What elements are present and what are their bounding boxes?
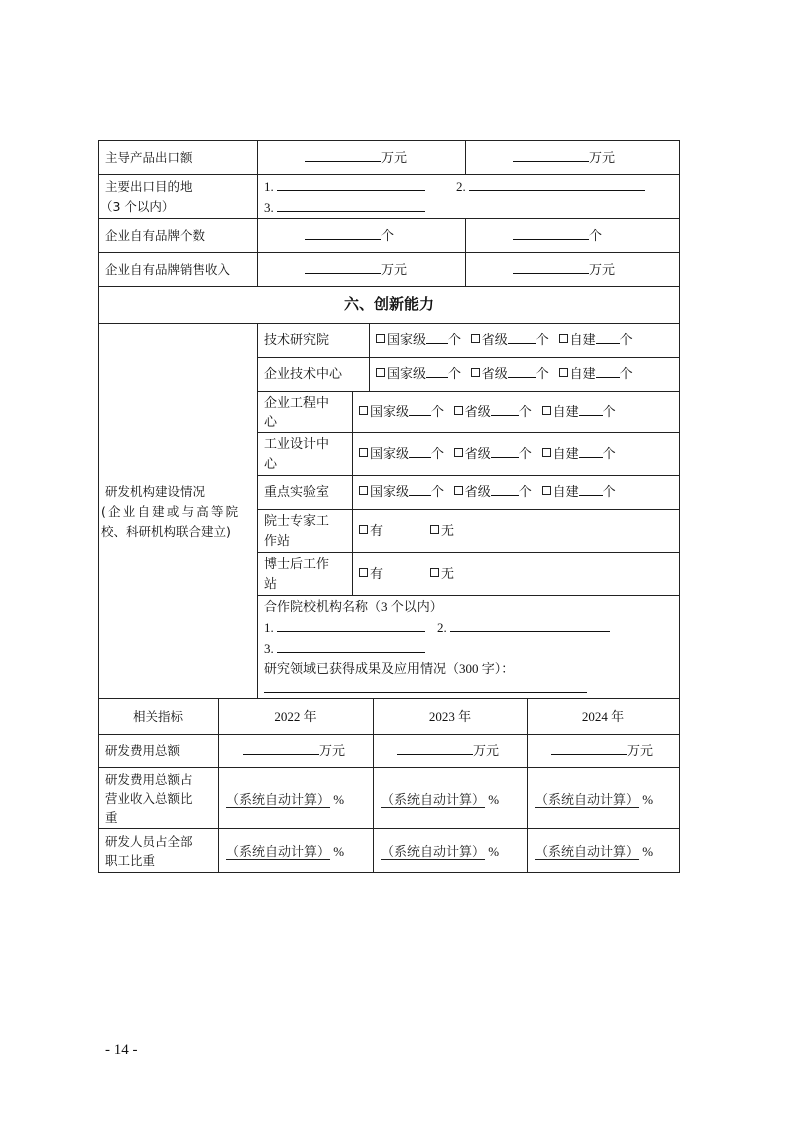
partners-title: 合作院校机构名称（3 个以内） bbox=[264, 597, 443, 616]
rd-expense-2022[interactable]: 万元 bbox=[243, 741, 345, 760]
checkbox-self-built[interactable] bbox=[542, 448, 551, 457]
yes-option[interactable]: 有 bbox=[359, 521, 383, 540]
checkbox-yes[interactable] bbox=[359, 525, 368, 534]
brand-revenue-field-1[interactable]: 万元 bbox=[305, 260, 407, 279]
institution-name: 企业技术中心 bbox=[264, 364, 342, 383]
checkbox-national[interactable] bbox=[359, 448, 368, 457]
rd-staff-2024: （系统自动计算） % bbox=[535, 842, 653, 861]
brand-count-field-1[interactable]: 个 bbox=[305, 226, 394, 245]
institution-options[interactable]: 国家级个 省级个 自建个 bbox=[359, 444, 616, 463]
label-export-destination: 主要出口目的地 bbox=[105, 177, 193, 196]
institution-name: 院士专家工 bbox=[264, 511, 329, 530]
export-amount-field-2[interactable]: 万元 bbox=[513, 148, 615, 167]
checkbox-national[interactable] bbox=[359, 406, 368, 415]
label-export-destination-note: （3 个以内） bbox=[100, 197, 174, 216]
rd-staff-2022: （系统自动计算） % bbox=[226, 842, 344, 861]
institution-name: 重点实验室 bbox=[264, 482, 329, 501]
indicators-header-label: 相关指标 bbox=[98, 707, 218, 726]
checkbox-national[interactable] bbox=[359, 486, 368, 495]
checkbox-no[interactable] bbox=[430, 525, 439, 534]
indicator-label-rd-staff: 研发人员占全部 bbox=[105, 832, 193, 851]
partner-field-2[interactable]: 2. bbox=[437, 618, 610, 637]
checkbox-provincial[interactable] bbox=[454, 486, 463, 495]
no-option[interactable]: 无 bbox=[430, 564, 454, 583]
page-number: - 14 - bbox=[105, 1041, 138, 1060]
rd-expense-2024[interactable]: 万元 bbox=[551, 741, 653, 760]
rd-ratio-2024: （系统自动计算） % bbox=[535, 790, 653, 809]
table-border bbox=[98, 872, 680, 873]
rd-group-label: 研发机构建设情况 bbox=[105, 482, 205, 501]
results-field[interactable] bbox=[264, 692, 587, 693]
table-border bbox=[98, 140, 99, 873]
institution-options[interactable]: 国家级个 省级个 自建个 bbox=[376, 364, 633, 383]
institution-options[interactable]: 国家级个 省级个 自建个 bbox=[359, 402, 616, 421]
partner-field-3[interactable]: 3. bbox=[264, 639, 425, 658]
institution-name: 企业工程中 bbox=[264, 393, 329, 412]
destination-field-1[interactable]: 1. bbox=[264, 177, 425, 196]
brand-count-field-2[interactable]: 个 bbox=[513, 226, 602, 245]
year-header-2024: 2024 年 bbox=[527, 707, 679, 726]
yes-option[interactable]: 有 bbox=[359, 564, 383, 583]
year-header-2022: 2022 年 bbox=[218, 707, 373, 726]
label-export-amount: 主导产品出口额 bbox=[105, 148, 193, 167]
checkbox-national[interactable] bbox=[376, 334, 385, 343]
year-header-2023: 2023 年 bbox=[373, 707, 527, 726]
institution-options[interactable]: 国家级个 省级个 自建个 bbox=[359, 482, 616, 501]
table-border bbox=[679, 140, 680, 873]
rd-ratio-2022: （系统自动计算） % bbox=[226, 790, 344, 809]
checkbox-self-built[interactable] bbox=[559, 334, 568, 343]
institution-name: 博士后工作 bbox=[264, 554, 329, 573]
brand-revenue-field-2[interactable]: 万元 bbox=[513, 260, 615, 279]
checkbox-provincial[interactable] bbox=[471, 334, 480, 343]
results-label: 研究领域已获得成果及应用情况（300 字）： bbox=[264, 659, 514, 678]
export-amount-field-1[interactable]: 万元 bbox=[305, 148, 407, 167]
section-title: 六、创新能力 bbox=[98, 295, 680, 314]
checkbox-provincial[interactable] bbox=[454, 406, 463, 415]
checkbox-yes[interactable] bbox=[359, 568, 368, 577]
checkbox-self-built[interactable] bbox=[542, 486, 551, 495]
checkbox-self-built[interactable] bbox=[559, 368, 568, 377]
destination-field-3[interactable]: 3. bbox=[264, 198, 425, 217]
label-brand-revenue: 企业自有品牌销售收入 bbox=[105, 260, 230, 279]
checkbox-provincial[interactable] bbox=[454, 448, 463, 457]
indicator-label-rd-expense: 研发费用总额 bbox=[105, 741, 180, 760]
checkbox-national[interactable] bbox=[376, 368, 385, 377]
label-brand-count: 企业自有品牌个数 bbox=[105, 226, 205, 245]
destination-field-2[interactable]: 2. bbox=[456, 177, 645, 196]
institution-options[interactable]: 国家级个 省级个 自建个 bbox=[376, 330, 633, 349]
rd-expense-2023[interactable]: 万元 bbox=[397, 741, 499, 760]
institution-name: 技术研究院 bbox=[264, 330, 329, 349]
institution-name: 工业设计中 bbox=[264, 434, 329, 453]
checkbox-no[interactable] bbox=[430, 568, 439, 577]
checkbox-provincial[interactable] bbox=[471, 368, 480, 377]
rd-ratio-2023: （系统自动计算） % bbox=[381, 790, 499, 809]
indicator-label-rd-ratio: 研发费用总额占 bbox=[105, 770, 193, 789]
no-option[interactable]: 无 bbox=[430, 521, 454, 540]
rd-staff-2023: （系统自动计算） % bbox=[381, 842, 499, 861]
checkbox-self-built[interactable] bbox=[542, 406, 551, 415]
partner-field-1[interactable]: 1. bbox=[264, 618, 425, 637]
table-border bbox=[98, 140, 680, 141]
